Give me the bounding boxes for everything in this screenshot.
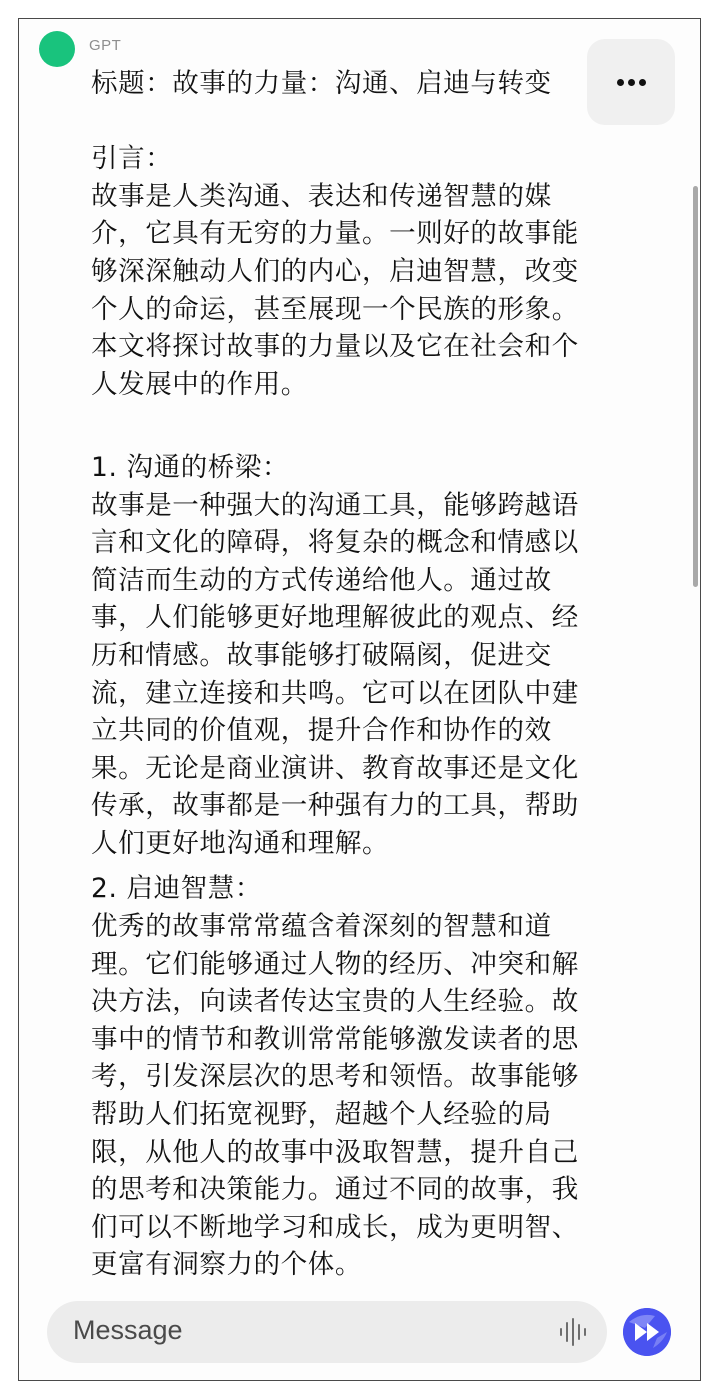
message-placeholder: Message <box>73 1315 183 1346</box>
app-window: GPT 标题：故事的力量：沟通、启迪与转变 引言： 故事是人类沟通、表达和传递智… <box>18 18 701 1381</box>
fast-forward-icon <box>623 1308 671 1356</box>
ellipsis-icon-dot <box>628 79 635 86</box>
message-line: 言和文化的障碍，将复杂的概念和情感以 <box>91 524 651 562</box>
message-line: 优秀的故事常常蕴含着深刻的智慧和道 <box>91 908 651 946</box>
message-line: 的思考和决策能力。通过不同的故事，我 <box>91 1171 651 1209</box>
message-line: 故事是一种强大的沟通工具，能够跨越语 <box>91 487 651 525</box>
message-line: 们可以不断地学习和成长，成为更明智、 <box>91 1209 651 1247</box>
assistant-message: 标题：故事的力量：沟通、启迪与转变 引言： 故事是人类沟通、表达和传递智慧的媒 … <box>91 65 651 1285</box>
section-heading: 2. 启迪智慧： <box>91 870 651 908</box>
message-line: 人们更好地沟通和理解。 <box>91 825 651 863</box>
ellipsis-icon-dot <box>639 79 646 86</box>
message-line: 事中的情节和教训常常能够激发读者的思 <box>91 1021 651 1059</box>
ellipsis-icon <box>617 79 624 86</box>
message-line: 事，人们能够更好地理解彼此的观点、经 <box>91 599 651 637</box>
gpt-avatar <box>39 31 75 67</box>
message-line: 帮助人们拓宽视野，超越个人经验的局 <box>91 1096 651 1134</box>
message-input[interactable]: Message <box>47 1301 607 1363</box>
message-line: 介，它具有无穷的力量。一则好的故事能 <box>91 215 651 253</box>
message-line: 考，引发深层次的思考和领悟。故事能够 <box>91 1058 651 1096</box>
more-options-button[interactable] <box>587 39 675 125</box>
send-button[interactable] <box>623 1308 671 1356</box>
message-line: 够深深触动人们的内心，启迪智慧，改变 <box>91 253 651 291</box>
section-heading: 1. 沟通的桥梁： <box>91 449 651 487</box>
message-line: 简洁而生动的方式传递给他人。通过故 <box>91 562 651 600</box>
message-line: 个人的命运，甚至展现一个民族的形象。 <box>91 291 651 329</box>
message-line <box>91 103 651 141</box>
message-line: 故事是人类沟通、表达和传递智慧的媒 <box>91 178 651 216</box>
message-line: 人发展中的作用。 <box>91 366 651 404</box>
message-line: 历和情感。故事能够打破隔阂，促进交 <box>91 637 651 675</box>
message-line: 立共同的价值观，提升合作和协作的效 <box>91 712 651 750</box>
message-line: 决方法，向读者传达宝贵的人生经验。故 <box>91 983 651 1021</box>
message-line: 本文将探讨故事的力量以及它在社会和个 <box>91 328 651 366</box>
scrollbar[interactable] <box>693 186 698 587</box>
message-line: 标题：故事的力量：沟通、启迪与转变 <box>91 65 651 103</box>
message-line: 更富有洞察力的个体。 <box>91 1246 651 1284</box>
message-line: 传承，故事都是一种强有力的工具，帮助 <box>91 787 651 825</box>
message-line: 果。无论是商业演讲、教育故事还是文化 <box>91 750 651 788</box>
message-line: 引言： <box>91 140 651 178</box>
message-line: 理。它们能够通过人物的经历、冲突和解 <box>91 946 651 984</box>
message-line <box>91 403 651 441</box>
message-line: 限，从他人的故事中汲取智慧，提升自己 <box>91 1134 651 1172</box>
message-line: 流，建立连接和共鸣。它可以在团队中建 <box>91 675 651 713</box>
waveform-icon[interactable] <box>557 1317 589 1347</box>
sender-name: GPT <box>89 37 121 54</box>
